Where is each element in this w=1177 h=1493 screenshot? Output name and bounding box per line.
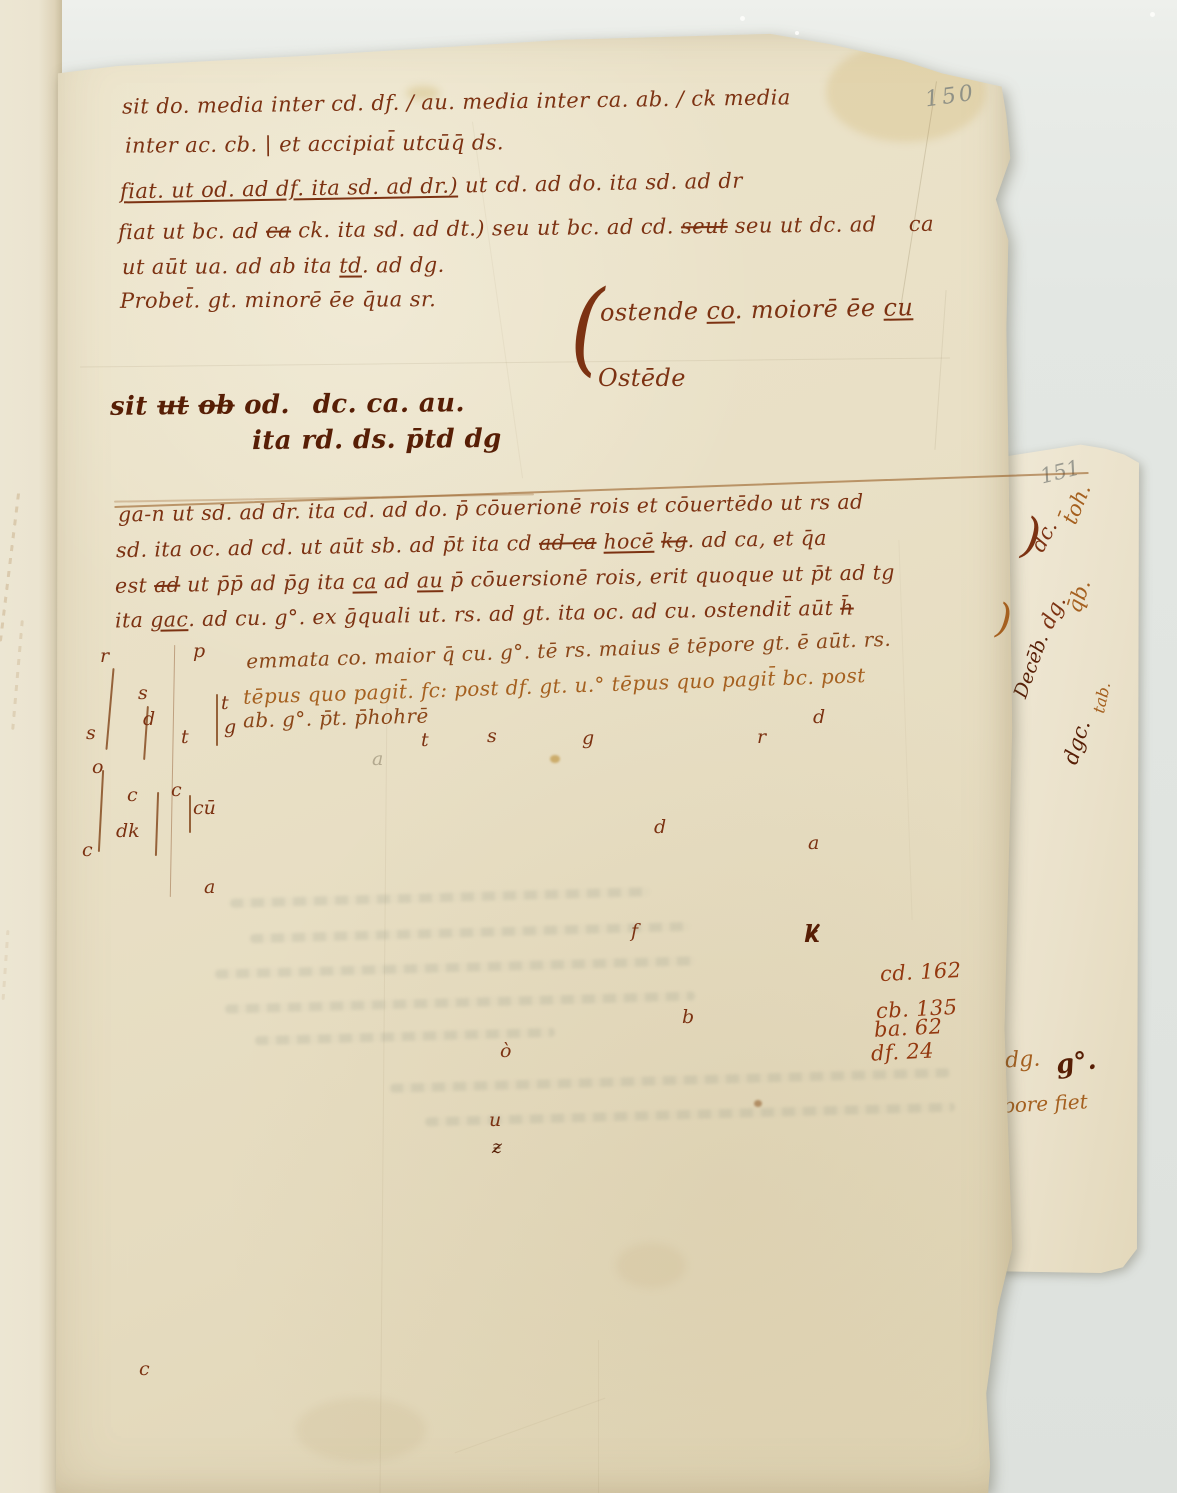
paper-stain (754, 1100, 762, 1107)
text-segment: fiat ut bc. ad (118, 219, 266, 245)
recto-page-150 (56, 28, 1016, 1493)
text-segment: ut p̄p̄ ad p̄g ita (180, 570, 353, 597)
text-segment: . moiorē ēe (735, 294, 884, 325)
paper-stain (296, 1398, 426, 1462)
text-segment: est (115, 573, 154, 598)
text-segment: au (417, 568, 444, 592)
margin-paren-2: ) (994, 595, 1013, 642)
text-segment: ut cd. ad do. ita sd. ad dr (458, 169, 743, 198)
verso-frag-dg: dg. (1035, 592, 1071, 633)
text-segment: ut aūt ua. ad ab ita (122, 254, 339, 280)
proportion-line-2: ita rd. ds. p̄td dg (252, 424, 502, 456)
verso-frag-dgc: dgc. (1058, 717, 1095, 768)
recto-page-paper (56, 28, 1016, 1493)
verso-frag-decemb: Decēb. (1010, 631, 1053, 701)
paper-crease (598, 1340, 599, 1493)
text-segment: kg (661, 528, 688, 552)
value-row-cd: cd. 162 (879, 958, 962, 986)
paper-texture (56, 28, 1016, 1493)
ostende-line-2: Ostēde (598, 364, 686, 392)
text-segment: ostende (600, 297, 707, 327)
paragraph-line-7: ab. g°. p̄t. p̄hohrē (243, 704, 429, 733)
dust-speck (795, 31, 799, 35)
value-row-df: df. 24 (870, 1038, 934, 1065)
text-segment: ut (157, 391, 189, 421)
paper-stain (616, 1243, 686, 1288)
text-segment: ita (115, 608, 151, 633)
text-segment: sit (110, 391, 157, 421)
text-segment: ob (198, 391, 235, 421)
diagram-bracket-bar (216, 694, 218, 746)
text-segment: ad (154, 573, 181, 597)
dust-speck (1150, 12, 1155, 17)
text-segment: td (339, 253, 362, 277)
text-segment: ck. ita sd. ad dt.) seu ut bc. ad cd. (291, 214, 681, 242)
text-segment: ca (352, 569, 377, 593)
text-segment: ad (377, 569, 417, 594)
text-segment: co (706, 296, 735, 324)
paper-stain (550, 755, 560, 763)
text-segment: gac (150, 607, 188, 632)
ostende-line: ostende co. moiorē ēe cu (600, 293, 914, 326)
text-segment: ca (266, 218, 291, 242)
text-line-6: Probet̄. gt. minorē ēe q̄ua sr. (120, 287, 436, 313)
verso-frag-tab: tab. (1089, 680, 1114, 715)
verso-frag-toh: t̄oh. (1058, 480, 1096, 527)
dust-speck (740, 16, 745, 21)
text-line-2: inter ac. cb. | et accipiat̄ utcūq̄ ds. (125, 130, 504, 157)
text-segment: seu ut dc. ad ca (728, 212, 934, 238)
verso-frag-qb: q̄b. (1062, 576, 1095, 615)
proportion-line-1: sit ut ob od. dc. ca. au. (110, 388, 465, 422)
text-segment: od. dc. ca. au. (235, 388, 465, 420)
text-segment: h̄ (840, 596, 854, 620)
text-segment: . ad ca, et q̄a (687, 526, 827, 552)
verso-frag-go: g°. (1054, 1045, 1098, 1080)
text-line-5: ut aūt ua. ad ab ita td. ad dg. (122, 253, 445, 279)
diagram-bracket-bar (189, 795, 191, 833)
text-segment: ad ca (539, 530, 597, 555)
text-segment: seut (681, 214, 728, 238)
text-segment: hocē (603, 529, 654, 554)
text-segment: . ad dg. (362, 253, 445, 278)
manuscript-photo: { "folio": { "current": "150", "next": "… (0, 0, 1177, 1493)
text-segment: cu (883, 293, 913, 322)
